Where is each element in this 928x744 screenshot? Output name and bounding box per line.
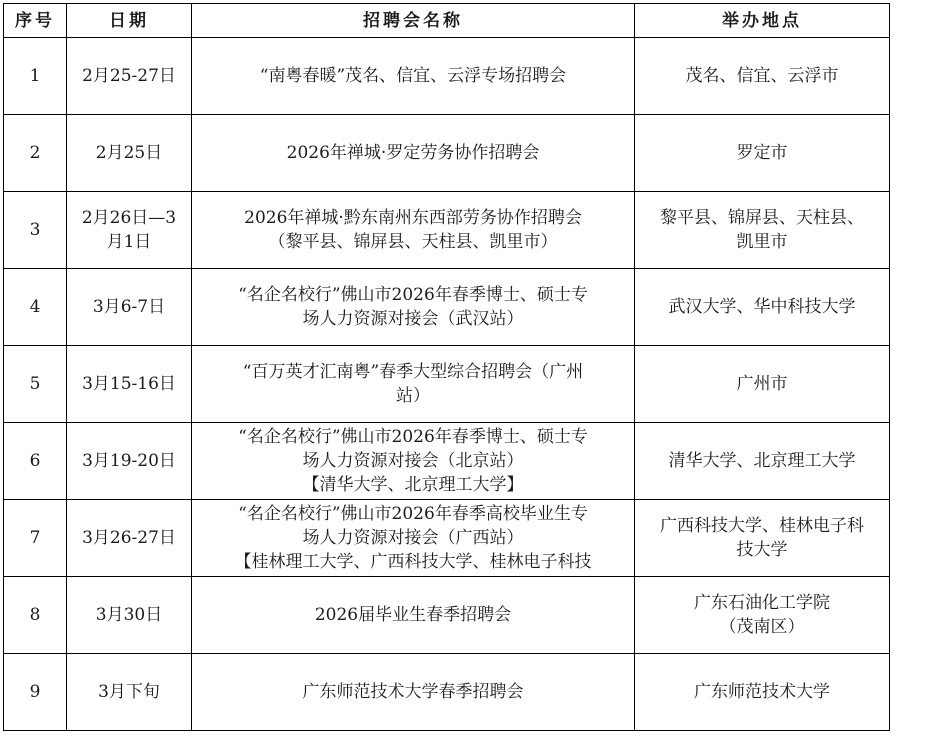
- cell-name-line: 广东师范技术大学春季招聘会: [196, 680, 630, 704]
- cell-no: 3: [4, 192, 67, 269]
- cell-location-line: （茂南区）: [639, 615, 885, 639]
- cell-no: 2: [4, 115, 67, 192]
- cell-date: 3月6-7日: [67, 269, 192, 346]
- cell-date: 3月19-20日: [67, 423, 192, 500]
- table-row: 83月30日2026届毕业生春季招聘会广东石油化工学院（茂南区）: [4, 577, 890, 654]
- cell-no: 6: [4, 423, 67, 500]
- cell-location: 茂名、信宜、云浮市: [635, 38, 890, 115]
- cell-name-line: 2026年禅城·罗定劳务协作招聘会: [196, 141, 630, 165]
- cell-date-line: 月1日: [71, 230, 187, 254]
- cell-location: 广东师范技术大学: [635, 654, 890, 731]
- cell-name: 2026届毕业生春季招聘会: [192, 577, 635, 654]
- cell-location-line: 广州市: [639, 372, 885, 396]
- cell-no: 9: [4, 654, 67, 731]
- cell-date-line: 3月15-16日: [71, 372, 187, 396]
- cell-no: 7: [4, 500, 67, 577]
- cell-date-line: 3月6-7日: [71, 295, 187, 319]
- cell-location-line: 广东师范技术大学: [639, 680, 885, 704]
- cell-no: 8: [4, 577, 67, 654]
- cell-date-line: 2月25日: [71, 141, 187, 165]
- cell-date-line: 3月19-20日: [71, 449, 187, 473]
- cell-date: 2月25-27日: [67, 38, 192, 115]
- cell-name: 2026年禅城·罗定劳务协作招聘会: [192, 115, 635, 192]
- cell-name: “名企名校行”佛山市2026年春季博士、硕士专场人力资源对接会（北京站）【清华大…: [192, 423, 635, 500]
- cell-date: 3月30日: [67, 577, 192, 654]
- table-row: 93月下旬广东师范技术大学春季招聘会广东师范技术大学: [4, 654, 890, 731]
- cell-location: 罗定市: [635, 115, 890, 192]
- cell-date: 2月25日: [67, 115, 192, 192]
- cell-date-line: 2月26日—3: [71, 206, 187, 230]
- cell-no: 5: [4, 346, 67, 423]
- cell-date-line: 3月30日: [71, 603, 187, 627]
- cell-date-line: 2月25-27日: [71, 64, 187, 88]
- cell-location-line: 技大学: [639, 538, 885, 562]
- cell-name-line: “名企名校行”佛山市2026年春季博士、硕士专: [196, 283, 630, 307]
- cell-name: 2026年禅城·黔东南州东西部劳务协作招聘会（黎平县、锦屏县、天柱县、凯里市）: [192, 192, 635, 269]
- cell-location: 黎平县、锦屏县、天柱县、凯里市: [635, 192, 890, 269]
- table-row: 43月6-7日“名企名校行”佛山市2026年春季博士、硕士专场人力资源对接会（武…: [4, 269, 890, 346]
- cell-date: 2月26日—3月1日: [67, 192, 192, 269]
- cell-location: 广西科技大学、桂林电子科技大学: [635, 500, 890, 577]
- header-no: 序号: [4, 4, 67, 38]
- cell-date: 3月下旬: [67, 654, 192, 731]
- header-name: 招聘会名称: [192, 4, 635, 38]
- cell-no: 4: [4, 269, 67, 346]
- header-date: 日期: [67, 4, 192, 38]
- cell-location: 广东石油化工学院（茂南区）: [635, 577, 890, 654]
- cell-date: 3月26-27日: [67, 500, 192, 577]
- cell-name-line: “南粤春暖”茂名、信宜、云浮专场招聘会: [196, 64, 630, 88]
- cell-name-line: 【清华大学、北京理工大学】: [196, 473, 630, 497]
- cell-location: 广州市: [635, 346, 890, 423]
- cell-name-line: 【桂林理工大学、广西科技大学、桂林电子科技: [196, 550, 630, 574]
- cell-date-line: 3月下旬: [71, 680, 187, 704]
- cell-location: 武汉大学、华中科技大学: [635, 269, 890, 346]
- cell-location-line: 黎平县、锦屏县、天柱县、: [639, 206, 885, 230]
- cell-location: 清华大学、北京理工大学: [635, 423, 890, 500]
- cell-name-line: （黎平县、锦屏县、天柱县、凯里市）: [196, 230, 630, 254]
- table-body: 12月25-27日“南粤春暖”茂名、信宜、云浮专场招聘会茂名、信宜、云浮市22月…: [4, 38, 890, 731]
- cell-name-line: 站）: [196, 384, 630, 408]
- cell-name-line: 2026年禅城·黔东南州东西部劳务协作招聘会: [196, 206, 630, 230]
- cell-location-line: 广西科技大学、桂林电子科: [639, 514, 885, 538]
- table-row: 73月26-27日“名企名校行”佛山市2026年春季高校毕业生专场人力资源对接会…: [4, 500, 890, 577]
- table-header-row: 序号 日期 招聘会名称 举办地点: [4, 4, 890, 38]
- cell-date-line: 3月26-27日: [71, 526, 187, 550]
- cell-location-line: 茂名、信宜、云浮市: [639, 64, 885, 88]
- table-row: 12月25-27日“南粤春暖”茂名、信宜、云浮专场招聘会茂名、信宜、云浮市: [4, 38, 890, 115]
- table-row: 53月15-16日“百万英才汇南粤”春季大型综合招聘会（广州站）广州市: [4, 346, 890, 423]
- cell-location-line: 罗定市: [639, 141, 885, 165]
- cell-location-line: 武汉大学、华中科技大学: [639, 295, 885, 319]
- cell-name-line: “百万英才汇南粤”春季大型综合招聘会（广州: [196, 360, 630, 384]
- table-row: 32月26日—3月1日2026年禅城·黔东南州东西部劳务协作招聘会（黎平县、锦屏…: [4, 192, 890, 269]
- cell-location-line: 广东石油化工学院: [639, 591, 885, 615]
- cell-name: “南粤春暖”茂名、信宜、云浮专场招聘会: [192, 38, 635, 115]
- cell-date: 3月15-16日: [67, 346, 192, 423]
- cell-no: 1: [4, 38, 67, 115]
- cell-name-line: 场人力资源对接会（北京站）: [196, 449, 630, 473]
- cell-name-line: 场人力资源对接会（武汉站）: [196, 307, 630, 331]
- table-row: 22月25日2026年禅城·罗定劳务协作招聘会罗定市: [4, 115, 890, 192]
- cell-name: 广东师范技术大学春季招聘会: [192, 654, 635, 731]
- cell-name-line: 场人力资源对接会（广西站）: [196, 526, 630, 550]
- header-location: 举办地点: [635, 4, 890, 38]
- cell-location-line: 清华大学、北京理工大学: [639, 449, 885, 473]
- job-fair-schedule-table: 序号 日期 招聘会名称 举办地点 12月25-27日“南粤春暖”茂名、信宜、云浮…: [3, 3, 890, 731]
- cell-name: “名企名校行”佛山市2026年春季高校毕业生专场人力资源对接会（广西站）【桂林理…: [192, 500, 635, 577]
- cell-name: “百万英才汇南粤”春季大型综合招聘会（广州站）: [192, 346, 635, 423]
- cell-name-line: “名企名校行”佛山市2026年春季高校毕业生专: [196, 502, 630, 526]
- cell-location-line: 凯里市: [639, 230, 885, 254]
- cell-name-line: “名企名校行”佛山市2026年春季博士、硕士专: [196, 425, 630, 449]
- cell-name: “名企名校行”佛山市2026年春季博士、硕士专场人力资源对接会（武汉站）: [192, 269, 635, 346]
- table-row: 63月19-20日“名企名校行”佛山市2026年春季博士、硕士专场人力资源对接会…: [4, 423, 890, 500]
- cell-name-line: 2026届毕业生春季招聘会: [196, 603, 630, 627]
